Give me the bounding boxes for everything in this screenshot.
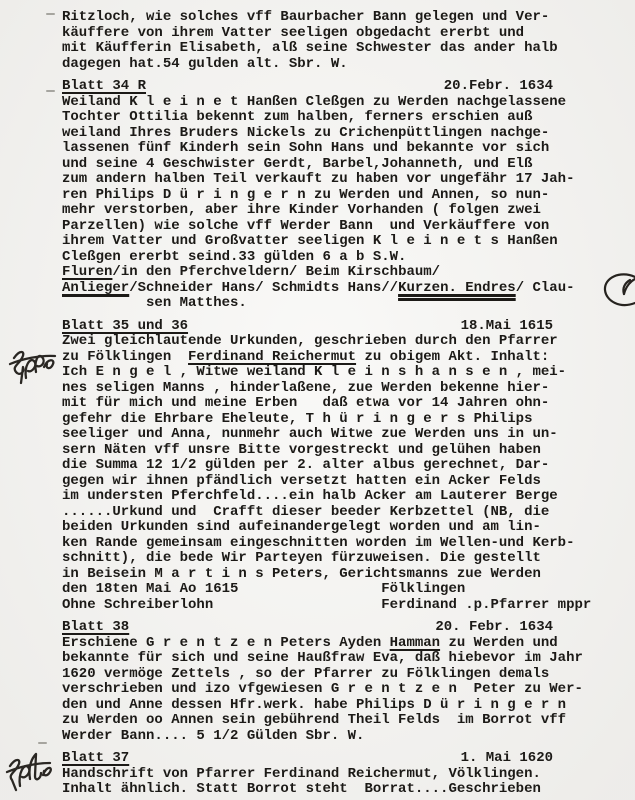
text-segment: mehr verstorben, aber ihre Kinder Vorhan…	[62, 202, 541, 218]
text-line: mit für mich und meine Erben daß etwa vo…	[62, 396, 627, 412]
section-date: 18.Mai 1615	[461, 319, 553, 335]
text-segment: / Clau-	[516, 280, 575, 296]
text-line: Inhalt ähnlich. Statt Borrot steht Borra…	[62, 782, 627, 798]
text-line: verschrieben und izo vfgewiesen G r e n …	[62, 682, 627, 698]
text-segment: /in den Pferchveldern/ Beim Kirschbaum/	[112, 264, 440, 280]
text-segment: käuffere von ihrem Vatter seeligen obged…	[62, 25, 524, 41]
text-line: seeliger und Anna, nunmehr auch Witwe zu…	[62, 427, 627, 443]
text-line: zum andern halben Teil verkauft zu haben…	[62, 172, 627, 188]
text-segment: Kurzen. Endres	[398, 280, 516, 296]
text-segment: mit für mich und meine Erben daß etwa vo…	[62, 395, 549, 411]
blatt-35-36: Blatt 35 und 3618.Mai 1615Zwei gleichlau…	[62, 319, 627, 614]
text-line: käuffere von ihrem Vatter seeligen obged…	[62, 26, 627, 42]
text-line: zu Werden oo Annen sein gebührend Theil …	[62, 713, 627, 729]
text-line: Weiland K l e i n e t Hanßen Cleßgen zu …	[62, 95, 627, 111]
text-segment: bekannte für sich und seine Haußfraw Eva…	[62, 650, 583, 666]
text-segment: verschrieben und izo vfgewiesen G r e n …	[62, 681, 583, 697]
text-segment: Tochter Ottilia bekennt zum halben, fern…	[62, 109, 532, 125]
text-line: ......Urkund und Crafft dieser beeder Ke…	[62, 505, 627, 521]
text-segment: in Beisein M a r t i n s Peters, Gericht…	[62, 566, 541, 582]
text-line: lassenen fünf Kinderh sein Sohn Hans und…	[62, 141, 627, 157]
text-line: Ich E n g e l , Witwe weiland K l e i n …	[62, 365, 627, 381]
text-line: Zwei gleichlautende Urkunden, geschriebe…	[62, 334, 627, 350]
text-segment: ihrem Vatter und Großvatter seeligen K l…	[62, 233, 558, 249]
text-segment: 1620 vermöge Zettels , so der Pfarrer zu…	[62, 666, 549, 682]
text-segment: und seine 4 Geschwister Gerdt, Barbel,Jo…	[62, 156, 532, 172]
text-line: Handschrift von Pfarrer Ferdinand Reiche…	[62, 767, 627, 783]
text-line: bekannte für sich und seine Haußfraw Eva…	[62, 651, 627, 667]
text-line: weiland Ihres Bruders Nickels zu Crichen…	[62, 126, 627, 142]
section-date: 1. Mai 1620	[461, 751, 553, 767]
text-line: mehr verstorben, aber ihre Kinder Vorhan…	[62, 203, 627, 219]
section-title: Blatt 38	[62, 620, 129, 636]
section-header: Blatt 371. Mai 1620	[62, 751, 627, 767]
text-line: Erschiene G r e n t z e n Peters Ayden H…	[62, 636, 627, 652]
text-segment: Hamman	[390, 635, 440, 651]
text-segment: Ohne Schreiberlohn Ferdinand .p.Pfarrer …	[62, 597, 591, 613]
text-segment: sern Näten vff unsre Bitte vorgestreckt …	[62, 442, 541, 458]
circled-mark-icon	[600, 268, 635, 312]
text-line: ken Rande gemeinsam eingeschnitten worde…	[62, 536, 627, 552]
text-segment: nes seligen Manns , hinderlaßene, zue We…	[62, 380, 549, 396]
text-segment: die Summa 12 1/2 gülden per 2. alter alb…	[62, 457, 549, 473]
text-segment: ken Rande gemeinsam eingeschnitten worde…	[62, 535, 574, 551]
text-segment: gefehr die Ehrbare Eheleute, T h ü r i n…	[62, 411, 532, 427]
text-line: in Beisein M a r t i n s Peters, Gericht…	[62, 567, 627, 583]
text-segment: Ferdinand Reichermut	[188, 349, 356, 365]
text-line: ren Philips D ü r i n g e r n zu Werden …	[62, 188, 627, 204]
text-segment: im understen Pferchfeld....ein halb Acke…	[62, 488, 558, 504]
text-segment: dagegen hat.54 gulden alt. Sbr. W.	[62, 56, 348, 72]
text-line: schnitt), die bede Wir Parteyen fürzuwei…	[62, 551, 627, 567]
text-line: dagegen hat.54 gulden alt. Sbr. W.	[62, 57, 627, 73]
text-line: nes seligen Manns , hinderlaßene, zue We…	[62, 381, 627, 397]
text-line: den 18ten Mai Ao 1615 Fölklingen	[62, 582, 627, 598]
text-line: Werder Bann.... 5 1/2 Gülden Sbr. W.	[62, 729, 627, 745]
text-segment: sen Matthes.	[62, 295, 247, 311]
text-line: und seine 4 Geschwister Gerdt, Barbel,Jo…	[62, 157, 627, 173]
section-header: Blatt 34 R20.Febr. 1634	[62, 79, 627, 95]
text-line: beiden Urkunden sind aufeinandergelegt w…	[62, 520, 627, 536]
text-segment: Ritzloch, wie solches vff Baurbacher Ban…	[62, 9, 549, 25]
text-segment: gegen wir ihnen pfändlich versetzt hatte…	[62, 473, 541, 489]
text-line: zu Fölklingen Ferdinand Reichermut zu ob…	[62, 350, 627, 366]
section-title: Blatt 34 R	[62, 79, 146, 95]
blatt-37: Blatt 371. Mai 1620Handschrift von Pfarr…	[62, 751, 627, 798]
text-line: gegen wir ihnen pfändlich versetzt hatte…	[62, 474, 627, 490]
text-line: die Summa 12 1/2 gülden per 2. alter alb…	[62, 458, 627, 474]
text-line: sen Matthes.	[62, 296, 627, 312]
text-segment: Erschiene G r e n t z e n Peters Ayden	[62, 635, 390, 651]
document-text: Ritzloch, wie solches vff Baurbacher Ban…	[62, 10, 627, 798]
text-segment: zu Fölklingen	[62, 349, 188, 365]
text-line: Ritzloch, wie solches vff Baurbacher Ban…	[62, 10, 627, 26]
text-segment: Inhalt ähnlich. Statt Borrot steht Borra…	[62, 781, 541, 797]
text-segment: Werder Bann.... 5 1/2 Gülden Sbr. W.	[62, 728, 364, 744]
text-segment: Parzellen) wie solche vff Werder Bann un…	[62, 218, 549, 234]
text-line: Ohne Schreiberlohn Ferdinand .p.Pfarrer …	[62, 598, 627, 614]
section-date: 20.Febr. 1634	[444, 79, 553, 95]
section-title: Blatt 37	[62, 751, 129, 767]
text-segment: mit Käufferin Elisabeth, alß seine Schwe…	[62, 40, 558, 56]
pencil-dash-icon	[46, 90, 55, 92]
text-line: gefehr die Ehrbare Eheleute, T h ü r i n…	[62, 412, 627, 428]
section-header: Blatt 35 und 3618.Mai 1615	[62, 319, 627, 335]
intro-paragraph: Ritzloch, wie solches vff Baurbacher Ban…	[62, 10, 627, 72]
text-segment: Weiland K l e i n e t Hanßen Cleßgen zu …	[62, 94, 566, 110]
text-segment: den 18ten Mai Ao 1615 Fölklingen	[62, 581, 465, 597]
text-segment: Cleßgen ererbt seind.33 gülden 6 a b S.W…	[62, 249, 406, 265]
section-header: Blatt 3820. Febr. 1634	[62, 620, 627, 636]
text-line: den und Anne dessen Hfr.werk. habe Phili…	[62, 698, 627, 714]
text-segment: weiland Ihres Bruders Nickels zu Crichen…	[62, 125, 549, 141]
blatt-38: Blatt 3820. Febr. 1634Erschiene G r e n …	[62, 620, 627, 744]
handwritten-initials-icon	[4, 344, 58, 390]
section-date: 20. Febr. 1634	[435, 620, 553, 636]
text-line: im understen Pferchfeld....ein halb Acke…	[62, 489, 627, 505]
text-segment: Fluren	[62, 264, 112, 280]
text-segment: Zwei gleichlautende Urkunden, geschriebe…	[62, 333, 558, 349]
text-segment: schnitt), die bede Wir Parteyen fürzuwei…	[62, 550, 541, 566]
text-line: Fluren/in den Pferchveldern/ Beim Kirsch…	[62, 265, 627, 281]
scanned-document-page: Ritzloch, wie solches vff Baurbacher Ban…	[0, 0, 635, 800]
pencil-dash-icon	[46, 13, 55, 15]
text-line: Anlieger/Schneider Hans/ Schmidts Hans//…	[62, 281, 627, 297]
section-title: Blatt 35 und 36	[62, 319, 188, 335]
text-segment: Handschrift von Pfarrer Ferdinand Reiche…	[62, 766, 541, 782]
text-segment: zu Werden oo Annen sein gebührend Theil …	[62, 712, 566, 728]
text-segment: ren Philips D ü r i n g e r n zu Werden …	[62, 187, 549, 203]
text-segment: Anlieger	[62, 280, 129, 296]
text-line: sern Näten vff unsre Bitte vorgestreckt …	[62, 443, 627, 459]
text-segment: /Schneider Hans/ Schmidts Hans//	[129, 280, 398, 296]
handwritten-initials-icon	[2, 748, 54, 796]
blatt-34: Blatt 34 R20.Febr. 1634Weiland K l e i n…	[62, 79, 627, 312]
text-segment: Ich E n g e l , Witwe weiland K l e i n …	[62, 364, 566, 380]
text-line: ihrem Vatter und Großvatter seeligen K l…	[62, 234, 627, 250]
text-segment: zu obigem Akt. Inhalt:	[356, 349, 549, 365]
text-segment: den und Anne dessen Hfr.werk. habe Phili…	[62, 697, 566, 713]
text-line: 1620 vermöge Zettels , so der Pfarrer zu…	[62, 667, 627, 683]
text-line: Parzellen) wie solche vff Werder Bann un…	[62, 219, 627, 235]
text-segment: seeliger und Anna, nunmehr auch Witwe zu…	[62, 426, 558, 442]
text-segment: ......Urkund und Crafft dieser beeder Ke…	[62, 504, 549, 520]
text-segment: lassenen fünf Kinderh sein Sohn Hans und…	[62, 140, 549, 156]
text-segment: beiden Urkunden sind aufeinandergelegt w…	[62, 519, 541, 535]
text-line: mit Käufferin Elisabeth, alß seine Schwe…	[62, 41, 627, 57]
text-segment: zu Werden und	[440, 635, 558, 651]
text-line: Tochter Ottilia bekennt zum halben, fern…	[62, 110, 627, 126]
text-segment: zum andern halben Teil verkauft zu haben…	[62, 171, 574, 187]
text-line: Cleßgen ererbt seind.33 gülden 6 a b S.W…	[62, 250, 627, 266]
pencil-dash-icon	[38, 742, 47, 744]
